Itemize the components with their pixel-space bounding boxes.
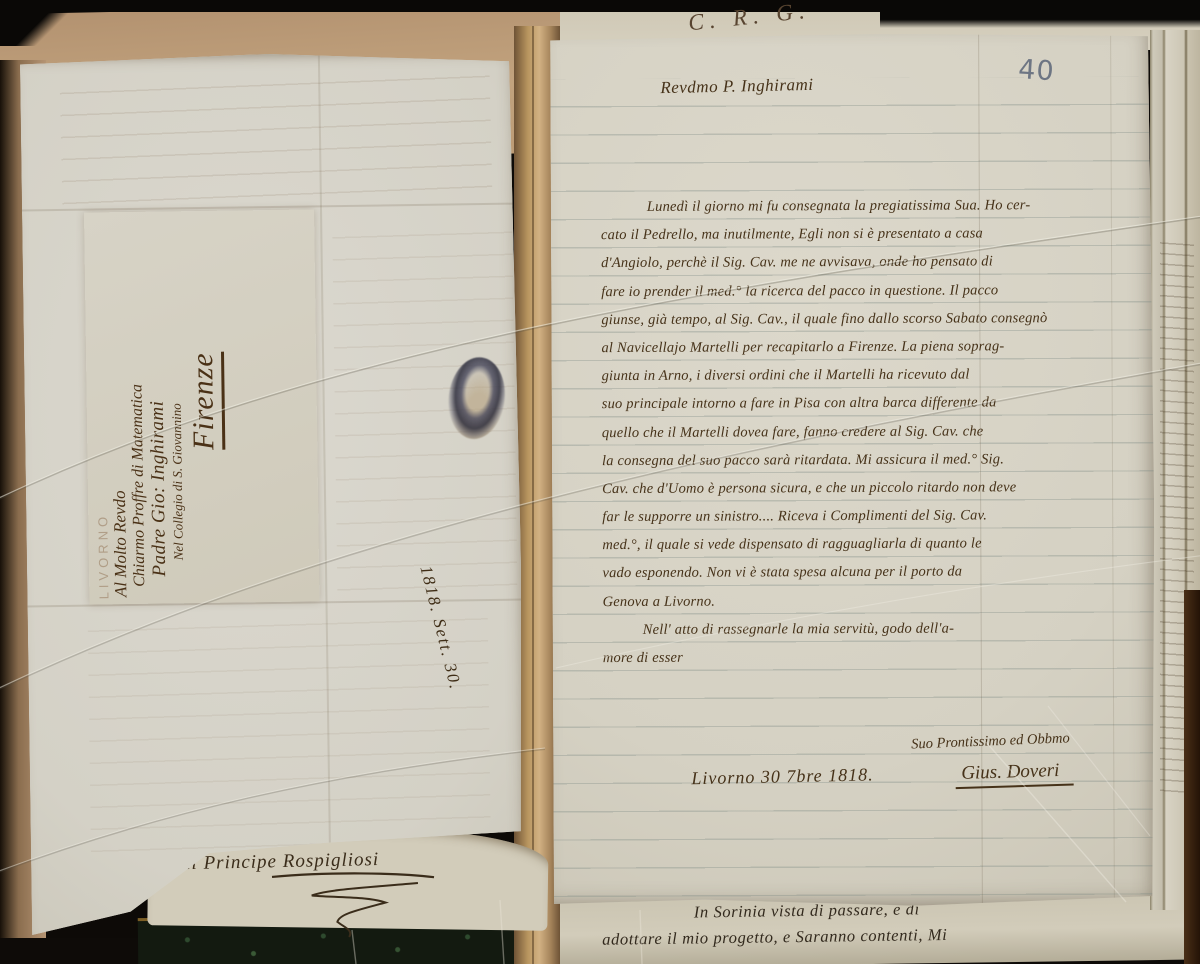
fragment-line: adottare il mio progetto, e Saranno cont… — [602, 925, 947, 950]
letter-body-line: Nell' atto di rassegnarle la mia servitù… — [603, 614, 1151, 645]
letter-body-line: Lunedì il giorno mi fu consegnata la pre… — [601, 191, 1149, 222]
book-board-right — [1184, 590, 1200, 964]
showthrough-writing — [60, 69, 493, 209]
letter-body-line: al Navicellajo Martelli per recapitarlo … — [601, 332, 1149, 363]
letter-body-line: fare io prender il med.° la ricerca del … — [601, 275, 1149, 306]
letter-body-line: d'Angiolo, perchè il Sig. Cav. me ne avv… — [601, 247, 1149, 278]
letter-page: Revdmo P. Inghirami 40 Lunedì il giorno … — [550, 33, 1156, 908]
signature: Gius. Doveri — [955, 760, 1074, 790]
folio-number-pencil: 40 — [1017, 54, 1055, 87]
letter-body-line: quello che il Martelli dovea fare, fanno… — [602, 416, 1150, 447]
photo-of-manuscript: C. R. G. In Sorinia vista di passare, e … — [0, 0, 1200, 964]
letter-salutation: Revdmo P. Inghirami — [660, 75, 814, 98]
place-date-line: Livorno 30 7bre 1818. — [691, 764, 874, 789]
address-city: Firenze — [186, 352, 225, 450]
letter-body-line: giunse, già tempo, al Sig. Cav., il qual… — [601, 303, 1149, 334]
photo-frame-corner — [0, 0, 90, 46]
letter-body-line: far le supporre un sinistro.... Riceva i… — [602, 501, 1150, 532]
letter-body-line: suo principale intorno a fare in Pisa co… — [602, 388, 1150, 419]
letter-body-line: la consegna del suo pacco sarà ritardata… — [602, 444, 1150, 475]
photo-frame-top-right — [880, 0, 1200, 28]
letter-body-line: more di esser — [603, 642, 1151, 673]
letter-body-line: vado esponendo. Non vi è stata spesa alc… — [602, 557, 1150, 588]
letter-body-line: Genova a Livorno. — [603, 585, 1151, 616]
letter-body-line: giunta in Arno, i diversi ordini che il … — [602, 360, 1150, 391]
folded-letter-sheet: LIVORNO Al Molto Revdo Chiarmo Proffre d… — [20, 51, 526, 940]
letter-body: Lunedì il giorno mi fu consegnata la pre… — [601, 191, 1151, 673]
address-block: LIVORNO Al Molto Revdo Chiarmo Proffre d… — [91, 212, 312, 601]
letter-body-line: med.°, il quale si vede dispensato di ra… — [602, 529, 1150, 560]
pen-flourish — [267, 869, 438, 941]
showthrough-writing — [88, 611, 491, 857]
address-line: Nel Collegio di S. Giovannino — [166, 214, 187, 560]
letter-body-line: cato il Pedrello, ma inutilmente, Egli n… — [601, 219, 1149, 250]
letter-body-line: Cav. che d'Uomo è persona sicura, e che … — [602, 473, 1150, 504]
address-panel: LIVORNO Al Molto Revdo Chiarmo Proffre d… — [84, 209, 319, 604]
